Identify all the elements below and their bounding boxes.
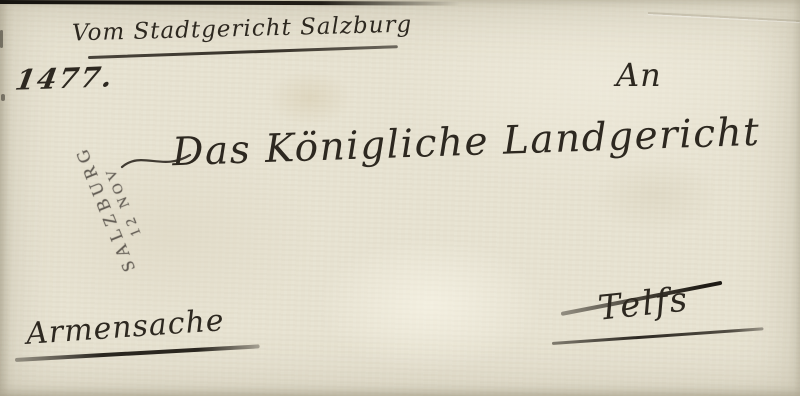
register-number: 1477. [13,60,117,96]
destination: Telfs [596,279,691,328]
scan-edge-speck [0,30,3,48]
address-line: Das Königliche Landgericht [171,110,761,176]
paper-crease [648,12,800,22]
postmark-stamp: SALZBURG 12 NOV [50,102,177,308]
annotation: Armensache [25,303,226,352]
sender-note-underline [88,45,398,58]
letter-cover-scan: Vom Stadtgericht Salzburg 1477. An SALZB… [0,0,800,396]
sender-note: Vom Stadtgericht Salzburg [72,12,413,47]
salutation: An [616,56,662,94]
scan-top-edge [0,0,460,6]
scan-edge-speck [1,94,5,101]
destination-underline [552,327,764,345]
